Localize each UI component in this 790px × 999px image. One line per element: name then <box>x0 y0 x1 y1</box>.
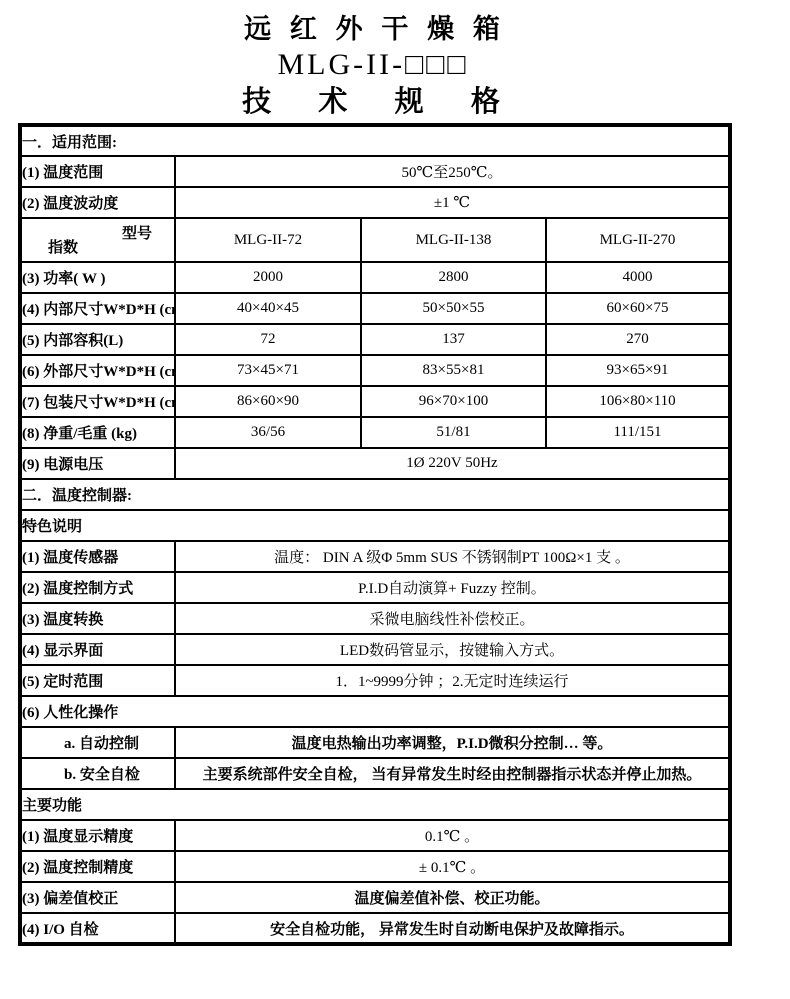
row-value: 0.1℃ 。 <box>175 820 730 851</box>
row-value: 72 <box>175 324 361 355</box>
row-value: 温度： DIN A 级Φ 5mm SUS 不锈钢制PT 100Ω×1 支 。 <box>175 541 730 572</box>
row-value: 主要系统部件安全自检， 当有异常发生时经由控制器指示状态并停止加热。 <box>175 758 730 789</box>
table-row: (4) I/O 自检安全自检功能， 异常发生时自动断电保护及故障指示。 <box>20 913 730 944</box>
row-label: (9) 电源电压 <box>20 448 175 479</box>
section-label: 二．温度控制器: <box>20 479 730 510</box>
table-row: (5) 内部容积(L)72137270 <box>20 324 730 355</box>
table-row: (4) 显示界面LED数码管显示，按键输入方式。 <box>20 634 730 665</box>
row-value: 36/56 <box>175 417 361 448</box>
table-row: (7) 包装尺寸W*D*H (cm)86×60×9096×70×100106×8… <box>20 386 730 417</box>
table-row: 型号指数MLG-II-72MLG-II-138MLG-II-270 <box>20 218 730 262</box>
section-label: 一．适用范围: <box>20 125 730 156</box>
row-value: LED数码管显示，按键输入方式。 <box>175 634 730 665</box>
table-row: (2) 温度波动度±1 ℃ <box>20 187 730 218</box>
table-row: (2) 温度控制方式P.I.D自动演算+ Fuzzy 控制。 <box>20 572 730 603</box>
row-label: a. 自动控制 <box>20 727 175 758</box>
row-label: (3) 温度转换 <box>20 603 175 634</box>
table-row: (3) 偏差值校正温度偏差值补偿、校正功能。 <box>20 882 730 913</box>
table-row: (2) 温度控制精度± 0.1℃ 。 <box>20 851 730 882</box>
row-label: (3) 偏差值校正 <box>20 882 175 913</box>
row-value: 106×80×110 <box>546 386 730 417</box>
document-header: 远 红 外 干 燥 箱 MLG-II-□□□ 技 术 规 格 <box>18 0 728 120</box>
page-subtitle: 技 术 规 格 <box>18 84 728 120</box>
row-label: (4) I/O 自检 <box>20 913 175 944</box>
row-label: (1) 温度范围 <box>20 156 175 187</box>
table-row: (5) 定时范围1．1~9999分钟 ；2.无定时连续运行 <box>20 665 730 696</box>
document-page: 远 红 外 干 燥 箱 MLG-II-□□□ 技 术 规 格 一．适用范围:(1… <box>18 0 728 946</box>
row-value: 温度电热输出功率调整，P.I.D微积分控制… 等。 <box>175 727 730 758</box>
model-column-header: MLG-II-138 <box>361 218 546 262</box>
row-value: 安全自检功能， 异常发生时自动断电保护及故障指示。 <box>175 913 730 944</box>
table-row: (1) 温度范围50℃至250℃。 <box>20 156 730 187</box>
row-value: 2000 <box>175 262 361 293</box>
row-label: (4) 内部尺寸W*D*H (cm) <box>20 293 175 324</box>
row-value: 50℃至250℃。 <box>175 156 730 187</box>
row-value: 采微电脑线性补偿校正。 <box>175 603 730 634</box>
spec-table: 一．适用范围:(1) 温度范围50℃至250℃。(2) 温度波动度±1 ℃型号指… <box>18 123 732 946</box>
row-value: 40×40×45 <box>175 293 361 324</box>
row-value: 83×55×81 <box>361 355 546 386</box>
section-label: (6) 人性化操作 <box>20 696 730 727</box>
model-column-header: MLG-II-72 <box>175 218 361 262</box>
table-row: (1) 温度传感器温度： DIN A 级Φ 5mm SUS 不锈钢制PT 100… <box>20 541 730 572</box>
row-value: 93×65×91 <box>546 355 730 386</box>
row-label: (2) 温度控制精度 <box>20 851 175 882</box>
row-value: 96×70×100 <box>361 386 546 417</box>
row-value: 51/81 <box>361 417 546 448</box>
corner-label-model: 型号 <box>122 222 152 243</box>
row-value: 1．1~9999分钟 ；2.无定时连续运行 <box>175 665 730 696</box>
row-value: 270 <box>546 324 730 355</box>
row-label: (6) 外部尺寸W*D*H (cm) <box>20 355 175 386</box>
row-label: (2) 温度控制方式 <box>20 572 175 603</box>
model-number-line: MLG-II-□□□ <box>18 46 728 84</box>
row-value: 温度偏差值补偿、校正功能。 <box>175 882 730 913</box>
page-title: 远 红 外 干 燥 箱 <box>18 12 728 46</box>
row-value: 4000 <box>546 262 730 293</box>
table-row: 特色说明 <box>20 510 730 541</box>
row-value: 137 <box>361 324 546 355</box>
row-label: (1) 温度传感器 <box>20 541 175 572</box>
section-label: 特色说明 <box>20 510 730 541</box>
table-row: a. 自动控制温度电热输出功率调整，P.I.D微积分控制… 等。 <box>20 727 730 758</box>
row-value: 86×60×90 <box>175 386 361 417</box>
row-value: 60×60×75 <box>546 293 730 324</box>
row-value: 2800 <box>361 262 546 293</box>
row-label: (5) 内部容积(L) <box>20 324 175 355</box>
table-row: (3) 温度转换采微电脑线性补偿校正。 <box>20 603 730 634</box>
model-column-header: MLG-II-270 <box>546 218 730 262</box>
row-label: (8) 净重/毛重 (kg) <box>20 417 175 448</box>
table-row: (4) 内部尺寸W*D*H (cm)40×40×4550×50×5560×60×… <box>20 293 730 324</box>
row-label: (4) 显示界面 <box>20 634 175 665</box>
table-row: 一．适用范围: <box>20 125 730 156</box>
section-label: 主要功能 <box>20 789 730 820</box>
row-label: (3) 功率( W ) <box>20 262 175 293</box>
table-row: 二．温度控制器: <box>20 479 730 510</box>
row-value: ± 0.1℃ 。 <box>175 851 730 882</box>
table-row: (9) 电源电压1Ø 220V 50Hz <box>20 448 730 479</box>
row-value: 50×50×55 <box>361 293 546 324</box>
row-label: (5) 定时范围 <box>20 665 175 696</box>
table-row: (8) 净重/毛重 (kg)36/5651/81111/151 <box>20 417 730 448</box>
row-value: P.I.D自动演算+ Fuzzy 控制。 <box>175 572 730 603</box>
table-row: b. 安全自检主要系统部件安全自检， 当有异常发生时经由控制器指示状态并停止加热… <box>20 758 730 789</box>
corner-cell: 型号指数 <box>20 218 175 262</box>
row-value: 1Ø 220V 50Hz <box>175 448 730 479</box>
row-label: (1) 温度显示精度 <box>20 820 175 851</box>
row-value: 111/151 <box>546 417 730 448</box>
row-label: b. 安全自检 <box>20 758 175 789</box>
table-row: 主要功能 <box>20 789 730 820</box>
table-row: (3) 功率( W )200028004000 <box>20 262 730 293</box>
row-label: (2) 温度波动度 <box>20 187 175 218</box>
corner-label-index: 指数 <box>48 236 78 257</box>
row-value: 73×45×71 <box>175 355 361 386</box>
row-value: ±1 ℃ <box>175 187 730 218</box>
table-row: (6) 人性化操作 <box>20 696 730 727</box>
table-row: (1) 温度显示精度0.1℃ 。 <box>20 820 730 851</box>
row-label: (7) 包装尺寸W*D*H (cm) <box>20 386 175 417</box>
table-row: (6) 外部尺寸W*D*H (cm)73×45×7183×55×8193×65×… <box>20 355 730 386</box>
